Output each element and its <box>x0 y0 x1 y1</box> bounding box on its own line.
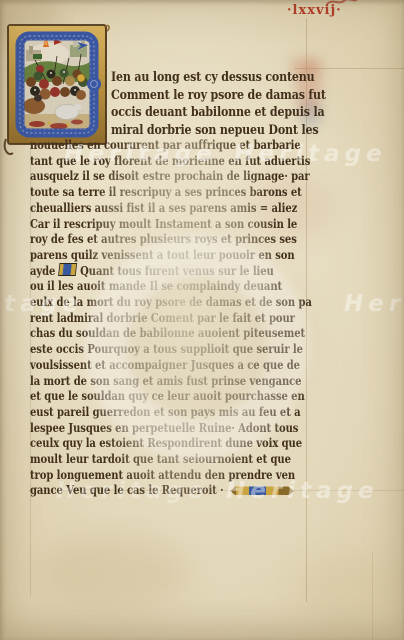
text-line: gance Veu que le cas le Requeroit · <box>30 482 254 498</box>
paraph-mark <box>58 263 77 276</box>
watermark-text: Heritage <box>344 291 404 317</box>
text-line: Ien au long est cy dessus contenu <box>111 69 285 87</box>
text-line: eust pareil guerredon et son pays mis au… <box>30 404 254 420</box>
text-line: et que le souldan quy ce leur auoit pour… <box>30 388 254 404</box>
text-line: ceulx quy la estoient Respondirent dune … <box>30 435 254 451</box>
text-line: Car il rescripuy moult Instament a son c… <box>30 216 254 232</box>
text-line: toute sa terre il rescripuy a ses prince… <box>30 184 254 200</box>
text-line: rent ladmiral dorbrie Coment par le fait… <box>30 310 254 326</box>
illuminated-initial: B <box>7 24 107 145</box>
miniature-battle-scene <box>7 24 107 145</box>
text-line: cheualliers aussi fist il a ses parens a… <box>30 200 254 216</box>
manuscript-page: ·lxxvij· B <box>0 0 404 640</box>
text-segment: ayde <box>30 263 55 278</box>
text-line: trop longuement auoit attendu den prendr… <box>30 467 254 483</box>
scene-shield-gold <box>77 74 85 82</box>
text-segment: gance Veu que le cas le Requeroit · <box>30 482 224 497</box>
text-line: voulsissent et accompaigner Jusques a ce… <box>30 357 254 373</box>
line-filler-ornament <box>230 486 294 495</box>
text-line: Comment le roy psore de damas fut <box>111 87 285 105</box>
text-line: chas du souldan de babilonne auoient pit… <box>30 325 254 341</box>
text-line: parens quilz venissent a tout leur pouoi… <box>30 247 254 263</box>
text-line: moult leur tardoit que tant seiournoient… <box>30 451 254 467</box>
text-line: lespee Jusques en perpetuelle Ruine· Ado… <box>30 420 254 436</box>
text-line: occis deuant babilonne et depuis la <box>111 104 285 122</box>
miniature-scene <box>23 32 90 129</box>
text-line: este occis Pourquoy a tous supplioit que… <box>30 341 254 357</box>
text-segment: Quant tous furent venus sur le lieu <box>80 263 274 278</box>
text-line: la mort de son sang et amis fust prinse … <box>30 373 254 389</box>
text-line: ou il les auoit mande Il se complaindy d… <box>30 278 254 294</box>
text-line: tant que le roy florent de morienne en f… <box>30 153 254 169</box>
initial-letter-waist <box>87 77 101 91</box>
text-line: roy de fes et autres plusieurs roys et p… <box>30 231 254 247</box>
text-block-body: nouuelles en coururent par auffrique et … <box>30 137 310 498</box>
text-line: aydeQuant tous furent venus sur le lieu <box>30 263 254 279</box>
text-line: ausquelz il se disoit estre prochain de … <box>30 168 254 184</box>
text-line: nouuelles en coururent par auffrique et … <box>30 137 254 153</box>
scene-horse-brown <box>23 98 45 114</box>
scene-banner-green <box>33 54 42 59</box>
text-block-head: Ien au long est cy dessus contenu Commen… <box>111 69 316 139</box>
parchment-stain <box>295 555 400 620</box>
ruling-line-vertical-margin <box>372 552 373 640</box>
text-line: eulx de la mort du roy psore de damas et… <box>30 294 254 310</box>
red-ink-mark <box>325 0 359 6</box>
parchment-stain <box>40 535 190 610</box>
scene-blood <box>29 121 45 127</box>
